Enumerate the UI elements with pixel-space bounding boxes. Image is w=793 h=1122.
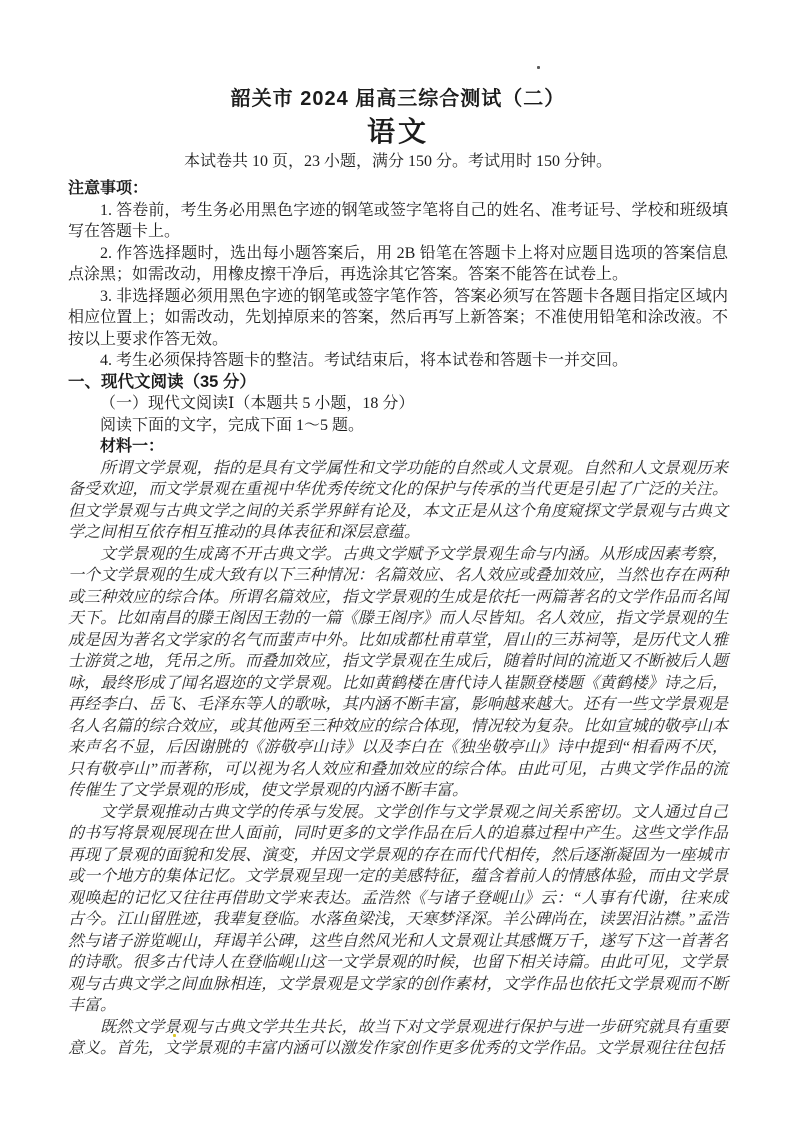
notes-heading: 注意事项：: [68, 178, 728, 200]
section-1-subheading: （一）现代文阅读Ⅰ（本题共 5 小题，18 分）: [68, 393, 728, 415]
note-item-2: 2. 作答选择题时，选出每小题答案后，用 2B 铅笔在答题卡上将对应题目选项的答…: [68, 243, 728, 286]
material-1-paragraph-4: 既然文学景观与古典文学共生共长，故当下对文学景观进行保护与进一步研究就具有重要意…: [68, 1017, 728, 1060]
exam-page: 韶关市 2024 届高三综合测试（二） 语文 本试卷共 10 页，23 小题，满…: [0, 0, 793, 1122]
page-content: 韶关市 2024 届高三综合测试（二） 语文 本试卷共 10 页，23 小题，满…: [68, 0, 728, 1060]
section-1-heading: 一、现代文阅读（35 分）: [68, 372, 728, 394]
note-item-4: 4. 考生必须保持答题卡的整洁。考试结束后，将本试卷和答题卡一并交回。: [68, 350, 728, 372]
material-1-paragraph-3: 文学景观推动古典文学的传承与发展。文学创作与文学景观之间关系密切。文人通过自己的…: [68, 802, 728, 1017]
exam-title: 韶关市 2024 届高三综合测试（二）: [68, 86, 728, 112]
exam-info-line: 本试卷共 10 页，23 小题，满分 150 分。考试用时 150 分钟。: [68, 150, 728, 174]
subject-title: 语文: [68, 114, 728, 150]
reading-instruction: 阅读下面的文字，完成下面 1～5 题。: [68, 415, 728, 437]
material-1-paragraph-2: 文学景观的生成离不开古典文学。古典文学赋予文学景观生命与内涵。从形成因素考察，一…: [68, 544, 728, 802]
note-item-3: 3. 非选择题必须用黑色字迹的钢笔或签字笔作答，答案必须写在答题卡各题目指定区域…: [68, 286, 728, 351]
material-1-label: 材料一：: [68, 436, 728, 458]
material-1-paragraph-1: 所谓文学景观，指的是具有文学属性和文学功能的自然或人文景观。自然和人文景观历来备…: [68, 458, 728, 544]
note-item-1: 1. 答卷前，考生务必用黑色字迹的钢笔或签字笔将自己的姓名、准考证号、学校和班级…: [68, 200, 728, 243]
